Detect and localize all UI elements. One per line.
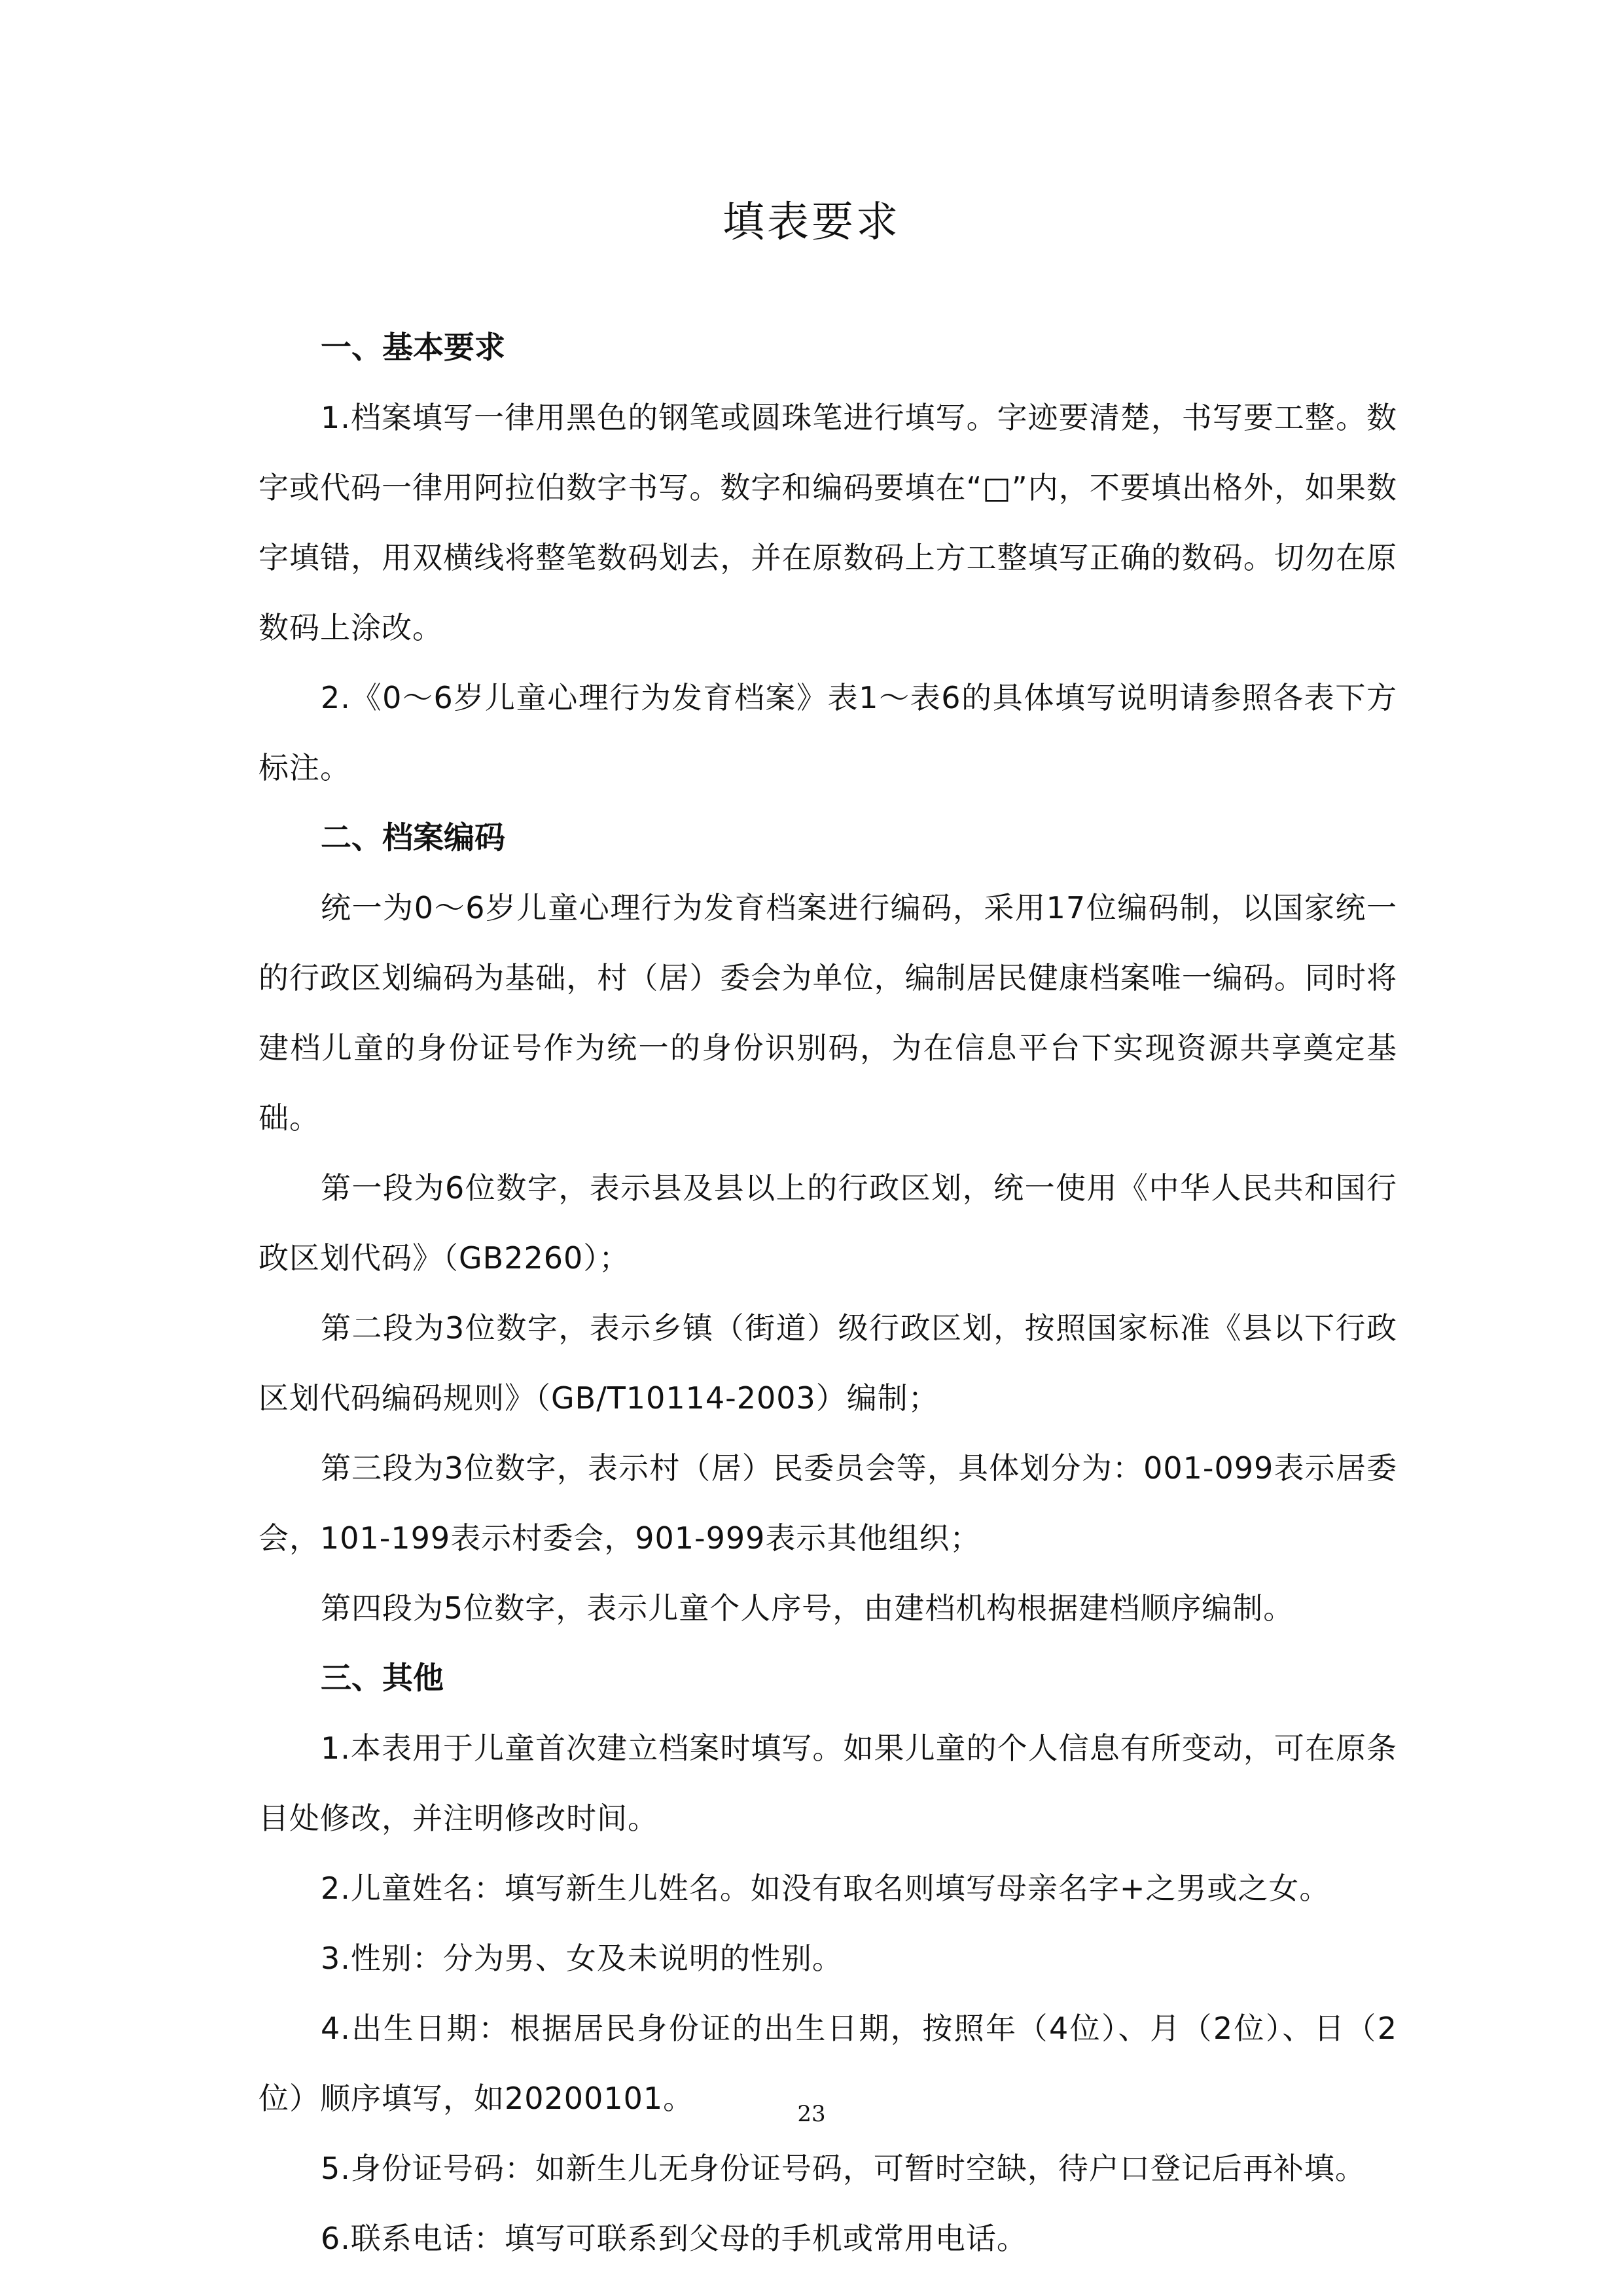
paragraph: 第三段为3位数字，表示村（居）民委员会等，具体划分为：001-099表示居委会，… bbox=[259, 1433, 1397, 1573]
paragraph: 1.档案填写一律用黑色的钢笔或圆珠笔进行填写。字迹要清楚，书写要工整。数字或代码… bbox=[259, 383, 1397, 663]
paragraph: 2.儿童姓名：填写新生儿姓名。如没有取名则填写母亲名字+之男或之女。 bbox=[259, 1854, 1397, 1924]
document-body: 一、基本要求 1.档案填写一律用黑色的钢笔或圆珠笔进行填写。字迹要清楚，书写要工… bbox=[259, 313, 1397, 2274]
section-heading-basic-requirements: 一、基本要求 bbox=[259, 313, 1397, 383]
section-heading-archive-coding: 二、档案编码 bbox=[259, 803, 1397, 873]
page-title: 填表要求 bbox=[0, 190, 1623, 255]
paragraph: 5.身份证号码：如新生儿无身份证号码，可暂时空缺，待户口登记后再补填。 bbox=[259, 2134, 1397, 2204]
paragraph: 第二段为3位数字，表示乡镇（街道）级行政区划，按照国家标准《县以下行政区划代码编… bbox=[259, 1293, 1397, 1433]
section-heading-others: 三、其他 bbox=[259, 1643, 1397, 1713]
paragraph: 第四段为5位数字，表示儿童个人序号，由建档机构根据建档顺序编制。 bbox=[259, 1573, 1397, 1643]
paragraph: 1.本表用于儿童首次建立档案时填写。如果儿童的个人信息有所变动，可在原条目处修改… bbox=[259, 1713, 1397, 1854]
page-number: 23 bbox=[0, 2101, 1623, 2127]
document-page: 填表要求 一、基本要求 1.档案填写一律用黑色的钢笔或圆珠笔进行填写。字迹要清楚… bbox=[0, 0, 1623, 2296]
paragraph: 统一为0～6岁儿童心理行为发育档案进行编码，采用17位编码制，以国家统一的行政区… bbox=[259, 873, 1397, 1153]
paragraph: 2.《0～6岁儿童心理行为发育档案》表1～表6的具体填写说明请参照各表下方标注。 bbox=[259, 663, 1397, 803]
paragraph: 6.联系电话：填写可联系到父母的手机或常用电话。 bbox=[259, 2204, 1397, 2274]
paragraph: 3.性别：分为男、女及未说明的性别。 bbox=[259, 1924, 1397, 1994]
paragraph: 第一段为6位数字，表示县及县以上的行政区划，统一使用《中华人民共和国行政区划代码… bbox=[259, 1153, 1397, 1293]
